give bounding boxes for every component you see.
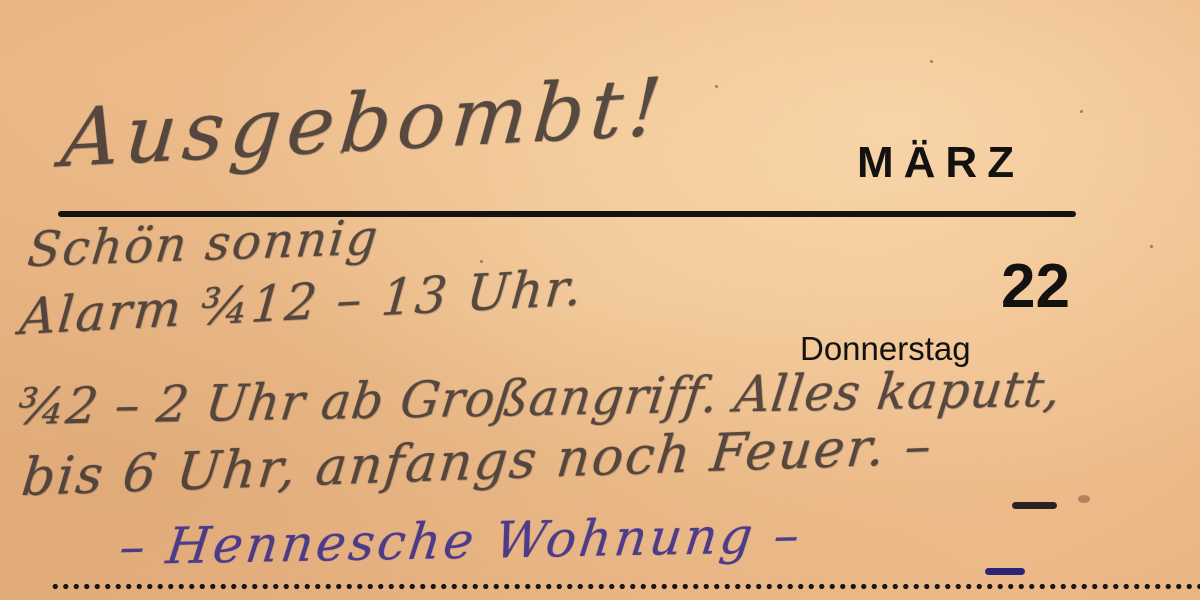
blue-ink-dash-mark [985,568,1025,575]
handwritten-line-blue-ink: – Hennesche Wohnung – [116,506,805,576]
pencil-dash-mark [1012,502,1057,509]
paper-speck [1150,245,1153,248]
dotted-separator [50,583,1200,590]
paper-speck [1078,495,1090,503]
paper-speck [480,260,483,263]
printed-day-number: 22 [1001,256,1070,318]
paper-speck [715,85,718,88]
paper-speck [930,60,933,63]
paper-speck [1080,110,1083,113]
printed-month: MÄRZ [857,138,1024,188]
